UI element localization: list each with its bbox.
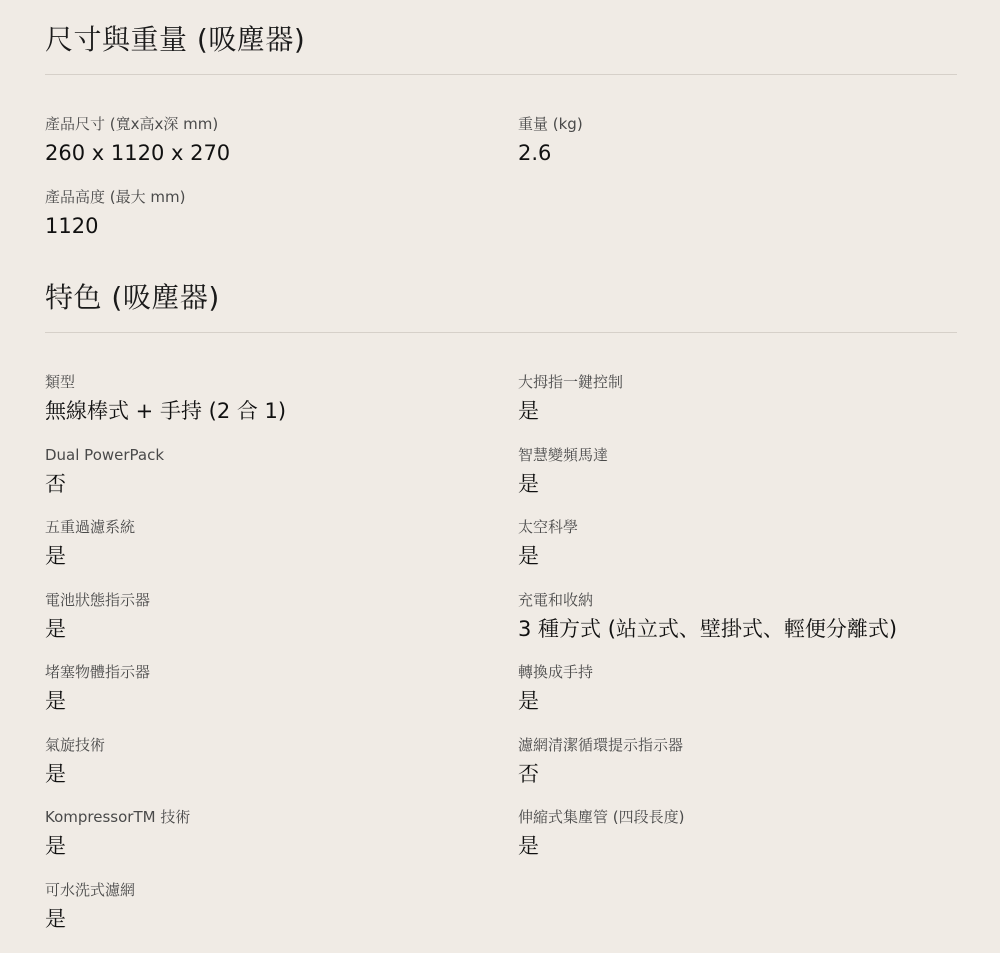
spec-item-smart-inverter-motor: 智慧變頻馬達 是 (518, 445, 958, 518)
spec-value: 是 (518, 471, 539, 497)
section-title-features: 特色 (吸塵器) (45, 284, 220, 312)
dimensions-left-column: 產品尺寸 (寬x高x深 mm) 260 x 1120 x 270 產品高度 (最… (45, 114, 485, 259)
spec-item-telescopic-tube: 伸縮式集塵管 (四段長度) 是 (518, 807, 958, 880)
spec-item-product-dimensions: 產品尺寸 (寬x高x深 mm) 260 x 1120 x 270 (45, 114, 485, 187)
spec-label: 產品高度 (最大 mm) (45, 187, 185, 207)
spec-label: 濾網清潔循環提示指示器 (518, 735, 683, 755)
spec-value: 3 種方式 (站立式、壁掛式、輕便分離式) (518, 616, 897, 642)
spec-item-cyclone-technology: 氣旋技術 是 (45, 735, 485, 808)
spec-item-convert-handheld: 轉換成手持 是 (518, 662, 958, 735)
dimensions-right-column: 重量 (kg) 2.6 (518, 114, 958, 187)
spec-item-washable-filter: 可水洗式濾網 是 (45, 880, 485, 953)
spec-item-thumb-control: 大拇指一鍵控制 是 (518, 372, 958, 445)
spec-value: 是 (518, 398, 539, 424)
spec-value: 是 (518, 688, 539, 714)
features-left-column: 類型 無線棒式 + 手持 (2 合 1) Dual PowerPack 否 五重… (45, 372, 485, 952)
section-divider (45, 74, 957, 75)
spec-item-clog-indicator: 堵塞物體指示器 是 (45, 662, 485, 735)
spec-value: 2.6 (518, 140, 551, 166)
section-divider (45, 332, 957, 333)
spec-label: 堵塞物體指示器 (45, 662, 150, 682)
spec-value: 1120 (45, 213, 98, 239)
spec-label: 大拇指一鍵控制 (518, 372, 623, 392)
spec-value: 否 (45, 471, 66, 497)
spec-value: 260 x 1120 x 270 (45, 140, 230, 166)
spec-item-product-height: 產品高度 (最大 mm) 1120 (45, 187, 485, 260)
spec-item-type: 類型 無線棒式 + 手持 (2 合 1) (45, 372, 485, 445)
spec-value: 是 (45, 688, 66, 714)
spec-label: 智慧變頻馬達 (518, 445, 608, 465)
spec-value: 是 (518, 833, 539, 859)
spec-label: 充電和收納 (518, 590, 593, 610)
spec-value: 是 (45, 906, 66, 932)
spec-label: 轉換成手持 (518, 662, 593, 682)
spec-label: 電池狀態指示器 (45, 590, 150, 610)
spec-label: 可水洗式濾網 (45, 880, 135, 900)
spec-item-charging-storage: 充電和收納 3 種方式 (站立式、壁掛式、輕便分離式) (518, 590, 958, 663)
features-right-column: 大拇指一鍵控制 是 智慧變頻馬達 是 太空科學 是 充電和收納 3 種方式 (站… (518, 372, 958, 880)
spec-value: 無線棒式 + 手持 (2 合 1) (45, 398, 286, 424)
spec-value: 是 (45, 543, 66, 569)
spec-label: 五重過濾系統 (45, 517, 135, 537)
spec-item-battery-indicator: 電池狀態指示器 是 (45, 590, 485, 663)
spec-item-filter-clean-indicator: 濾網清潔循環提示指示器 否 (518, 735, 958, 808)
spec-value: 是 (45, 616, 66, 642)
spec-label: 太空科學 (518, 517, 578, 537)
spec-value: 是 (518, 543, 539, 569)
spec-label: 重量 (kg) (518, 114, 583, 134)
spec-label: KompressorTM 技術 (45, 807, 190, 827)
spec-label: 伸縮式集塵管 (四段長度) (518, 807, 684, 827)
spec-item-weight: 重量 (kg) 2.6 (518, 114, 958, 187)
spec-label: Dual PowerPack (45, 445, 164, 465)
spec-item-five-stage-filtration: 五重過濾系統 是 (45, 517, 485, 590)
spec-label: 氣旋技術 (45, 735, 105, 755)
spec-label: 類型 (45, 372, 75, 392)
spec-item-dual-powerpack: Dual PowerPack 否 (45, 445, 485, 518)
spec-value: 否 (518, 761, 539, 787)
spec-item-space-science: 太空科學 是 (518, 517, 958, 590)
spec-label: 產品尺寸 (寬x高x深 mm) (45, 114, 218, 134)
spec-value: 是 (45, 761, 66, 787)
spec-value: 是 (45, 833, 66, 859)
section-title-dimensions: 尺寸與重量 (吸塵器) (45, 26, 305, 54)
spec-item-kompressor-technology: KompressorTM 技術 是 (45, 807, 485, 880)
